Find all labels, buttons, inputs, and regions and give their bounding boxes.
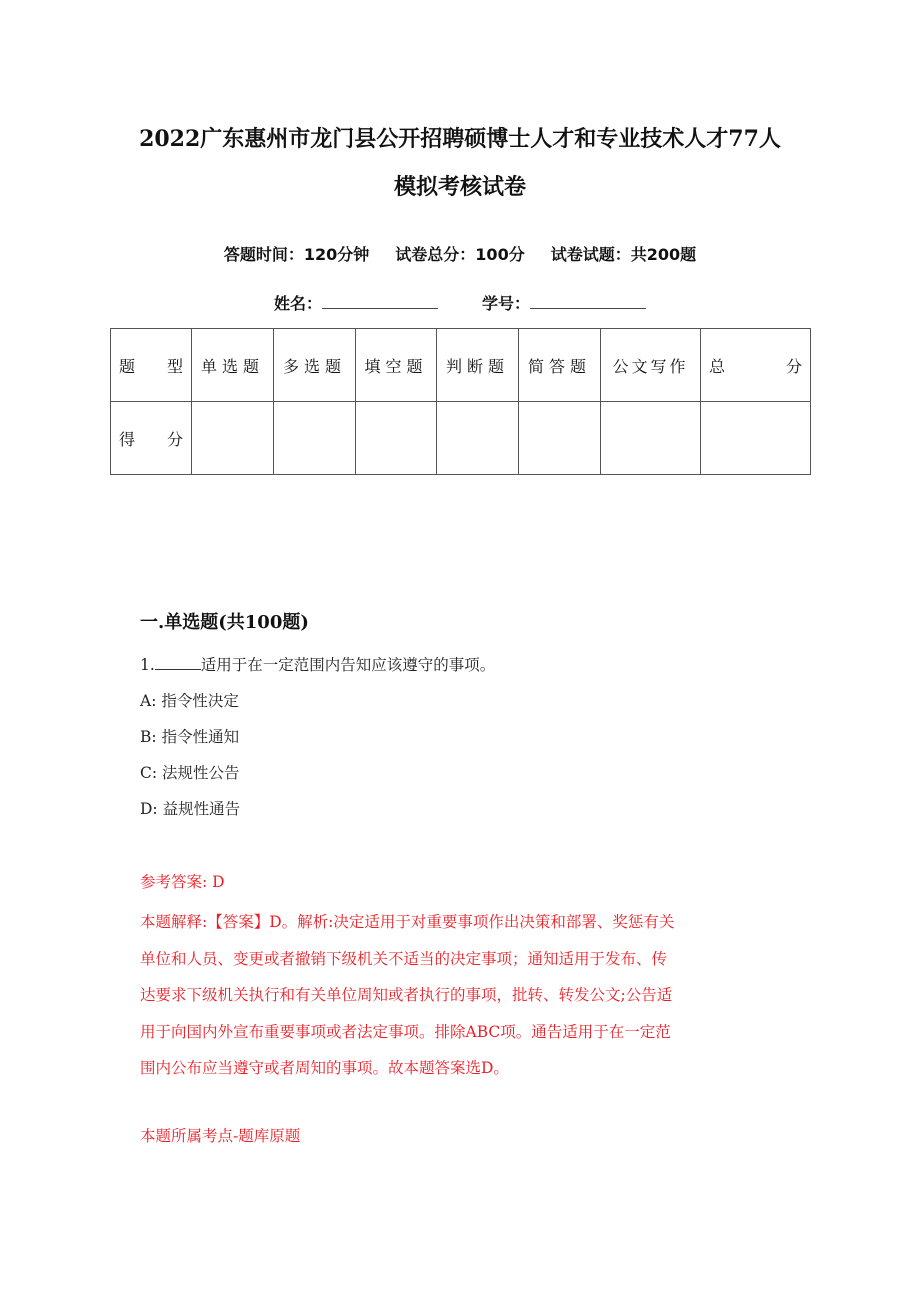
exam-total-score: 试卷总分：100分 <box>395 245 524 264</box>
student-info: 姓名：学号： <box>0 291 920 314</box>
option-text: 指令性通知 <box>162 728 240 746</box>
score-cell-official-writing[interactable] <box>601 402 701 475</box>
score-row-label: 得 分 <box>111 402 192 475</box>
question-number: 1. <box>140 656 155 674</box>
option-key: D: <box>140 800 158 818</box>
header-cell-total: 总 分 <box>701 329 811 402</box>
section-title-single-choice: 一.单选题(共100题) <box>140 608 309 634</box>
option-a[interactable]: A: 指令性决定 <box>140 689 239 711</box>
header-cell-single-choice: 单选题 <box>192 329 274 402</box>
score-cell-multiple-choice[interactable] <box>274 402 356 475</box>
student-id-field[interactable] <box>530 294 646 309</box>
score-table-header-row: 题 型 单选题 多选题 填空题 判断题 简答题 公文写作 总 分 <box>111 329 811 402</box>
score-cell-single-choice[interactable] <box>192 402 274 475</box>
name-label: 姓名： <box>274 294 322 313</box>
question-text: 适用于在一定范围内告知应该遵守的事项。 <box>201 656 496 674</box>
option-key: C: <box>140 764 157 782</box>
option-c[interactable]: C: 法规性公告 <box>140 761 240 783</box>
score-cell-true-false[interactable] <box>437 402 519 475</box>
header-cell-multiple-choice: 多选题 <box>274 329 356 402</box>
document-title-line-2: 模拟考核试卷 <box>0 170 920 201</box>
score-table-score-row: 得 分 <box>111 402 811 475</box>
explanation-line: 单位和人员、变更或者撤销下级机关不适当的决定事项；通知适用于发布、传 <box>140 941 790 978</box>
document-title-line-1: 2022广东惠州市龙门县公开招聘硕博士人才和专业技术人才77人 <box>0 122 920 153</box>
header-cell-true-false: 判断题 <box>437 329 519 402</box>
student-id-label: 学号： <box>482 294 530 313</box>
option-key: A: <box>140 692 156 710</box>
reference-answer: 参考答案: D <box>140 870 225 892</box>
question-topic: 本题所属考点-题库原题 <box>140 1124 300 1146</box>
answer-explanation: 本题解释:【答案】D。解析:决定适用于对重要事项作出决策和部署、奖惩有关 单位和… <box>140 904 790 1087</box>
explanation-line: 本题解释:【答案】D。解析:决定适用于对重要事项作出决策和部署、奖惩有关 <box>140 904 790 941</box>
exam-question-count: 试卷试题：共200题 <box>551 245 696 264</box>
score-cell-total[interactable] <box>701 402 811 475</box>
score-cell-short-answer[interactable] <box>519 402 601 475</box>
option-b[interactable]: B: 指令性通知 <box>140 725 239 747</box>
header-cell-short-answer: 简答题 <box>519 329 601 402</box>
explanation-line: 围内公布应当遵守或者周知的事项。故本题答案选D。 <box>140 1050 790 1087</box>
score-cell-fill-blank[interactable] <box>356 402 437 475</box>
exam-page: 2022广东惠州市龙门县公开招聘硕博士人才和专业技术人才77人 模拟考核试卷 答… <box>0 0 920 1302</box>
option-text: 法规性公告 <box>162 764 240 782</box>
option-key: B: <box>140 728 157 746</box>
explanation-line: 用于向国内外宣布重要事项或者法定事项。排除ABC项。通告适用于在一定范 <box>140 1014 790 1051</box>
name-field[interactable] <box>322 294 438 309</box>
header-cell-type: 题 型 <box>111 329 192 402</box>
question-blank <box>155 655 201 670</box>
exam-time: 答题时间：120分钟 <box>224 245 369 264</box>
score-table: 题 型 单选题 多选题 填空题 判断题 简答题 公文写作 总 分 得 分 <box>110 328 811 475</box>
exam-meta-info: 答题时间：120分钟试卷总分：100分试卷试题：共200题 <box>0 242 920 265</box>
header-cell-official-writing: 公文写作 <box>601 329 701 402</box>
explanation-line: 达要求下级机关执行和有关单位周知或者执行的事项，批转、转发公文;公告适 <box>140 977 790 1014</box>
option-d[interactable]: D: 益规性通告 <box>140 797 240 819</box>
option-text: 指令性决定 <box>161 692 239 710</box>
question-stem: 1.适用于在一定范围内告知应该遵守的事项。 <box>140 653 495 675</box>
header-cell-fill-blank: 填空题 <box>356 329 437 402</box>
option-text: 益规性通告 <box>163 800 241 818</box>
